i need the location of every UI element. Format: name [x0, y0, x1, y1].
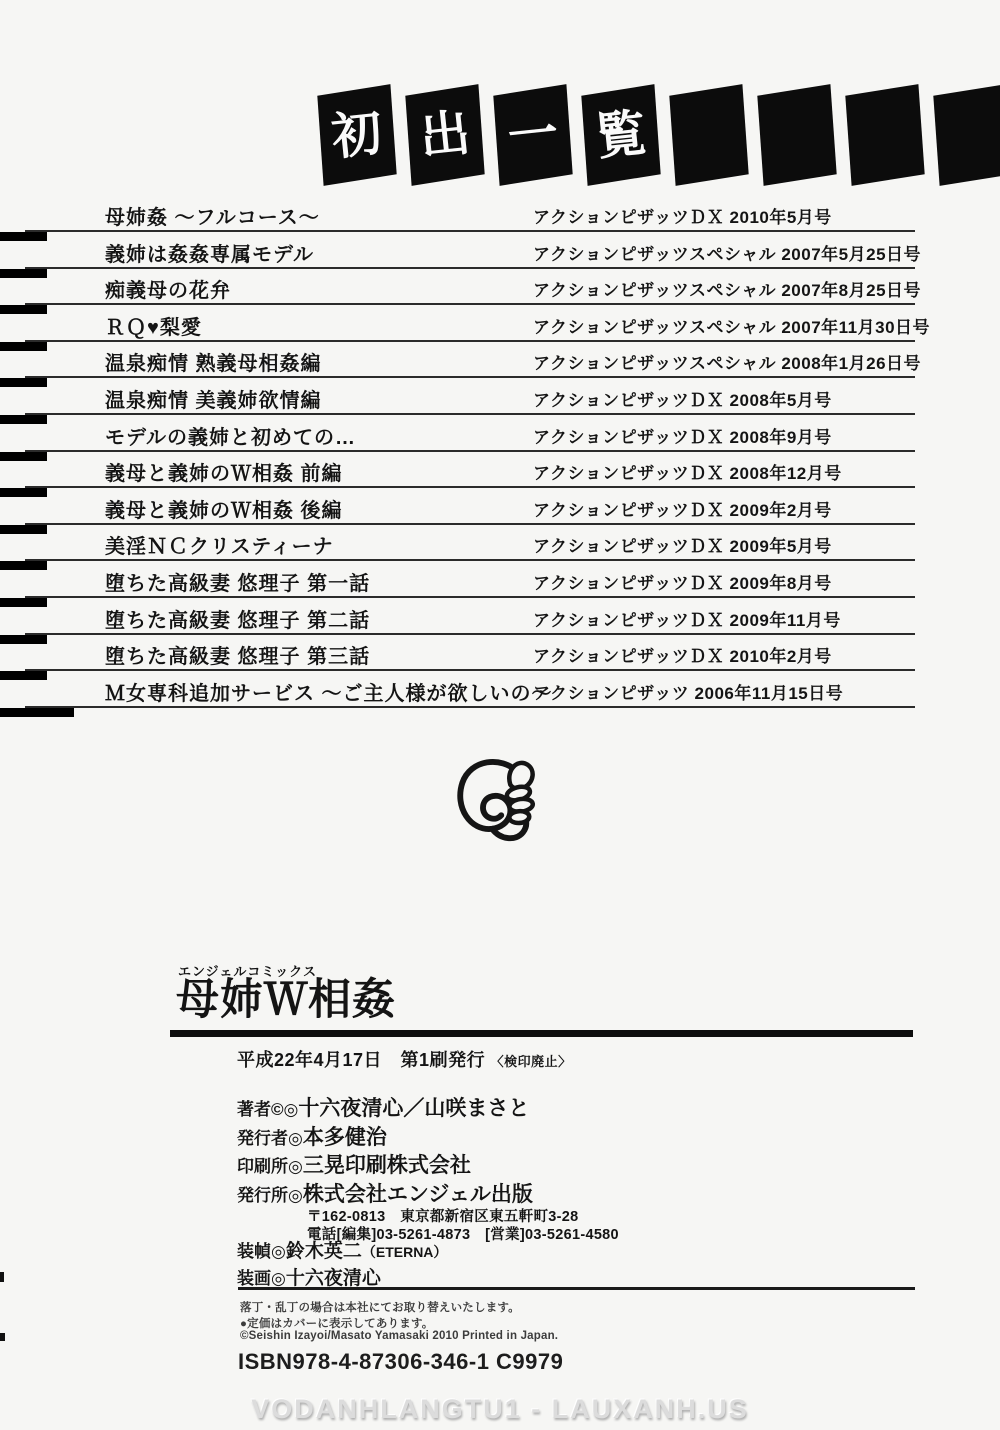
- banner-tile: 初: [317, 84, 396, 186]
- publisher-logo-svg: [448, 752, 540, 846]
- banner-char: 出: [418, 108, 473, 163]
- row-divider: [25, 486, 915, 488]
- index-row: 温泉痴情 美義姉欲情編アクションピザッツＤＸ 2008年5月号: [0, 380, 1000, 417]
- banner-char: 覧: [594, 108, 649, 163]
- header-banner: 初出一覧: [0, 0, 1000, 200]
- story-title: 堕ちた高級妻 悠理子 第三話: [105, 640, 370, 669]
- edition-line: 平成22年4月17日 第1刷発行 〈検印廃止〉: [237, 1046, 572, 1072]
- row-divider: [25, 230, 915, 232]
- first-publication-source: アクションピザッツＤＸ 2008年9月号: [533, 423, 832, 448]
- first-publication-source: アクションピザッツ 2006年11月15日号: [533, 679, 843, 704]
- story-title: 義母と義姉のＷ相姦 前編: [105, 457, 343, 486]
- note-line: ©Seishin Izayoi/Masato Yamasaki 2010 Pri…: [240, 1330, 558, 1346]
- first-publication-source: アクションピザッツＤＸ 2009年2月号: [533, 496, 832, 521]
- story-title: モデルの義姉と初めての…: [105, 421, 356, 450]
- first-publication-source: アクションピザッツＤＸ 2009年5月号: [533, 532, 832, 557]
- first-publication-source: アクションピザッツスペシャル 2007年5月25日号: [533, 240, 921, 265]
- story-title: ＲＱ♥梨愛: [105, 311, 202, 340]
- row-divider: [25, 376, 915, 378]
- first-publication-source: アクションピザッツスペシャル 2007年11月30日号: [533, 313, 930, 338]
- story-title: 温泉痴情 美義姉欲情編: [105, 384, 322, 413]
- index-row: ＲＱ♥梨愛アクションピザッツスペシャル 2007年11月30日号: [0, 307, 1000, 344]
- publisher-logo-icon: [448, 752, 540, 846]
- row-divider: [25, 267, 915, 269]
- notes-block: 落丁・乱丁の場合は本社にてお取り替えいたします。●定価はカバーに表示してあります…: [240, 1299, 558, 1346]
- first-publication-source: アクションピザッツスペシャル 2007年8月25日号: [533, 276, 921, 301]
- story-title: 義姉は姦姦専属モデル: [105, 238, 314, 267]
- story-title: 温泉痴情 熟義母相姦編: [105, 347, 322, 376]
- credit-name: 株式会社エンジェル出版: [303, 1183, 533, 1206]
- row-divider: [25, 706, 915, 708]
- banner-char: 初: [330, 108, 385, 163]
- credit-line: 印刷所◎三晃印刷株式会社: [237, 1149, 533, 1178]
- credit-line: 発行者◎本多健治: [237, 1121, 533, 1150]
- first-publication-source: アクションピザッツＤＸ 2008年5月号: [533, 386, 832, 411]
- credit-name: 十六夜清心／山咲まさと: [298, 1097, 529, 1120]
- note-line: 落丁・乱丁の場合は本社にてお取り替えいたします。: [240, 1299, 558, 1315]
- credit-suffix: （ETERNA）: [362, 1244, 448, 1260]
- index-row: 温泉痴情 熟義母相姦編アクションピザッツスペシャル 2008年1月26日号: [0, 343, 1000, 380]
- index-row: 堕ちた高級妻 悠理子 第一話アクションピザッツＤＸ 2009年8月号: [0, 563, 1000, 600]
- footer-rule: [238, 1287, 915, 1290]
- banner-tile: 一: [493, 84, 572, 186]
- banner-tile: [933, 84, 1000, 186]
- index-row: 堕ちた高級妻 悠理子 第三話アクションピザッツＤＸ 2010年2月号: [0, 636, 1000, 673]
- book-title: 母姉Ｗ相姦: [176, 979, 396, 1022]
- banner-tile: 覧: [581, 84, 660, 186]
- row-divider: [25, 669, 915, 671]
- index-row: 美淫ＮＣクリスティーナアクションピザッツＤＸ 2009年5月号: [0, 526, 1000, 563]
- credit-label: 印刷所◎: [237, 1157, 303, 1176]
- first-publication-source: アクションピザッツスペシャル 2008年1月26日号: [533, 349, 921, 374]
- index-row: Ｍ女専科追加サービス ～ご主人様が欲しいの～アクションピザッツ 2006年11月…: [0, 673, 1000, 710]
- index-row: 母姉姦 ～フルコース～アクションピザッツＤＸ 2010年5月号: [0, 197, 1000, 234]
- row-divider: [25, 633, 915, 635]
- credit-name: 三晃印刷株式会社: [303, 1154, 471, 1177]
- scan-artifact: [0, 1333, 5, 1341]
- scan-artifact: [0, 1272, 4, 1282]
- watermark-text: VODANHLANGTU1 - LAUXANH.US: [0, 1394, 1000, 1425]
- first-publication-source: アクションピザッツＤＸ 2010年5月号: [533, 203, 832, 228]
- first-publication-source: アクションピザッツＤＸ 2009年11月号: [533, 606, 841, 631]
- index-row: 痴義母の花弁アクションピザッツスペシャル 2007年8月25日号: [0, 270, 1000, 307]
- story-title: 堕ちた高級妻 悠理子 第一話: [105, 567, 370, 596]
- story-title: 美淫ＮＣクリスティーナ: [105, 530, 334, 559]
- row-divider: [25, 340, 915, 342]
- credit-label: 発行所◎: [237, 1186, 303, 1205]
- story-title: 義母と義姉のＷ相姦 後編: [105, 494, 343, 523]
- design-credits-block: 装幀◎鈴木英二（ETERNA）装画◎十六夜清心: [237, 1236, 447, 1290]
- credit-line: 発行所◎株式会社エンジェル出版: [237, 1178, 533, 1207]
- credit-label: 発行者◎: [237, 1129, 303, 1148]
- banner-tile: [845, 84, 924, 186]
- credit-label: 装幀◎: [237, 1242, 286, 1261]
- index-row: 堕ちた高級妻 悠理子 第二話アクションピザッツＤＸ 2009年11月号: [0, 600, 1000, 637]
- first-publication-source: アクションピザッツＤＸ 2008年12月号: [533, 459, 842, 484]
- first-publication-source: アクションピザッツＤＸ 2010年2月号: [533, 642, 832, 667]
- index-row: 義母と義姉のＷ相姦 後編アクションピザッツＤＸ 2009年2月号: [0, 490, 1000, 527]
- story-title: 母姉姦 ～フルコース～: [105, 201, 320, 230]
- row-divider: [25, 559, 915, 561]
- design-credit-line: 装画◎十六夜清心: [237, 1263, 447, 1290]
- row-divider: [25, 523, 915, 525]
- credit-name: 鈴木英二: [286, 1241, 362, 1262]
- credit-label: 著者©◎: [237, 1100, 298, 1119]
- isbn-code: ISBN978-4-87306-346-1 C9979: [238, 1349, 563, 1375]
- row-edge-bar: [0, 708, 74, 717]
- title-rule: [170, 1030, 913, 1037]
- edition-date: 平成22年4月17日 第1刷発行: [237, 1050, 485, 1070]
- banner-tile: 出: [405, 84, 484, 186]
- row-divider: [25, 303, 915, 305]
- credit-name: 十六夜清心: [286, 1268, 381, 1289]
- index-table: 母姉姦 ～フルコース～アクションピザッツＤＸ 2010年5月号義姉は姦姦専属モデ…: [0, 197, 1000, 717]
- story-title: Ｍ女専科追加サービス ～ご主人様が欲しいの～: [105, 677, 553, 706]
- index-row: 義母と義姉のＷ相姦 前編アクションピザッツＤＸ 2008年12月号: [0, 453, 1000, 490]
- row-divider: [25, 413, 915, 415]
- note-line: ●定価はカバーに表示してあります。: [240, 1315, 558, 1331]
- index-row: モデルの義姉と初めての…アクションピザッツＤＸ 2008年9月号: [0, 417, 1000, 454]
- story-title: 痴義母の花弁: [105, 274, 231, 303]
- credits-block: 著者©◎十六夜清心／山咲まさと発行者◎本多健治印刷所◎三晃印刷株式会社発行所◎株…: [237, 1092, 533, 1206]
- row-divider: [25, 596, 915, 598]
- credit-name: 本多健治: [303, 1126, 387, 1149]
- credit-line: 著者©◎十六夜清心／山咲まさと: [237, 1092, 533, 1121]
- row-divider: [25, 450, 915, 452]
- design-credit-line: 装幀◎鈴木英二（ETERNA）: [237, 1236, 447, 1263]
- banner-tile: [757, 84, 836, 186]
- index-row: 義姉は姦姦専属モデルアクションピザッツスペシャル 2007年5月25日号: [0, 234, 1000, 271]
- credit-label: 装画◎: [237, 1269, 286, 1288]
- banner-char: 一: [506, 108, 561, 163]
- story-title: 堕ちた高級妻 悠理子 第二話: [105, 604, 370, 633]
- edition-note: 〈検印廃止〉: [491, 1054, 572, 1069]
- banner-tile: [669, 84, 748, 186]
- first-publication-source: アクションピザッツＤＸ 2009年8月号: [533, 569, 832, 594]
